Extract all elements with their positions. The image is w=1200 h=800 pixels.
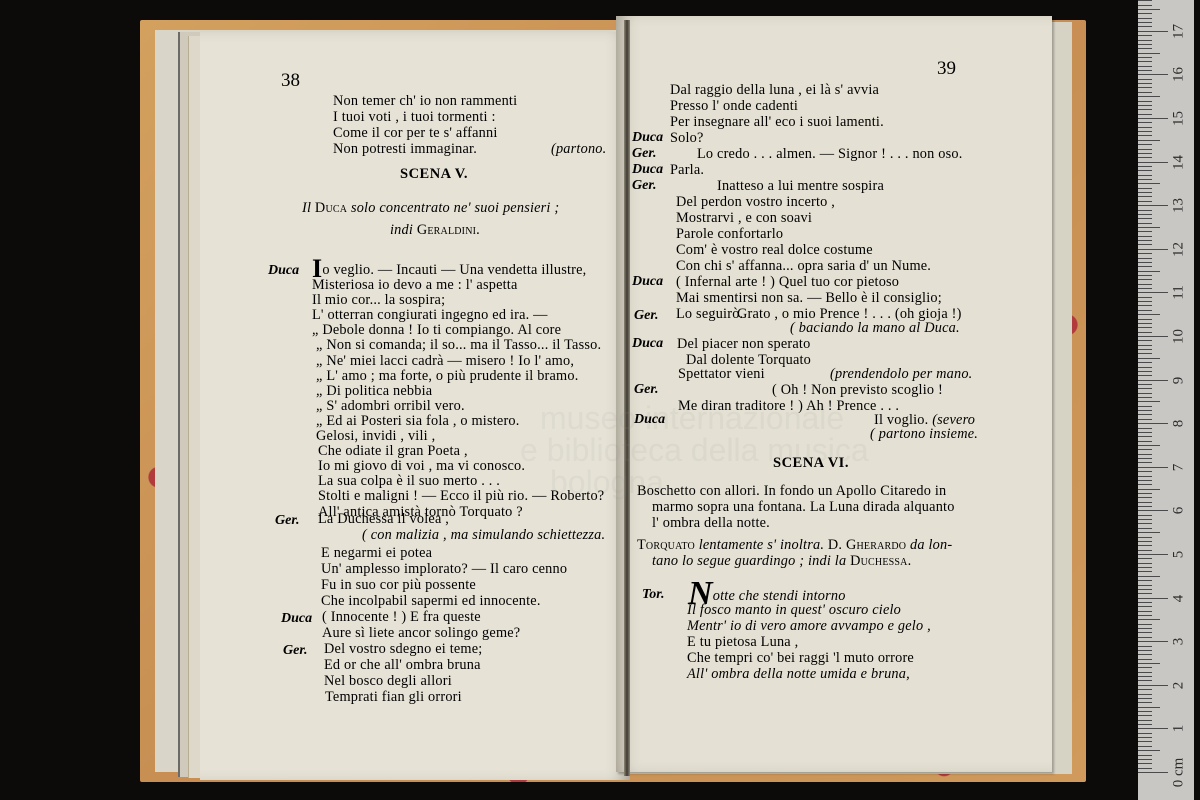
ruler-tick (1138, 650, 1152, 651)
ruler-tick (1138, 632, 1152, 633)
text: solo concentrato ne' suoi pensieri ; (347, 200, 559, 216)
speaker-label: Ger. (634, 382, 659, 398)
verse-line: Com' è vostro real dolce costume (676, 242, 873, 258)
ruler-label: 7 (1171, 452, 1188, 482)
ruler-tick (1138, 728, 1168, 729)
verse-line: Parla. (670, 162, 704, 178)
ruler-label: 10 (1171, 322, 1188, 352)
ruler-label: 0 cm (1171, 758, 1188, 788)
ruler-tick (1138, 284, 1152, 285)
ruler-label: 14 (1171, 147, 1188, 177)
ruler-tick (1138, 227, 1160, 228)
ruler-tick (1138, 628, 1152, 629)
verse-line: „ Non si comanda; il so... ma il Tasso..… (316, 337, 601, 353)
verse-line: Fu in suo cor più possente (321, 577, 476, 593)
verse-line: Del perdon vostro incerto , (676, 194, 835, 210)
verse-line: Il mio cor... la sospira; (312, 292, 445, 308)
ruler-tick (1138, 637, 1152, 638)
ruler-tick (1138, 484, 1152, 485)
ruler-tick (1138, 214, 1152, 215)
ruler-tick (1138, 593, 1152, 594)
verse-line: Spettator vieni (678, 366, 765, 382)
ruler-tick (1138, 493, 1152, 494)
page-number: 38 (281, 70, 300, 92)
speaker-label: Duca (281, 611, 312, 627)
verse-line: Mai smentirsi non sa. — Bello è il consi… (676, 290, 942, 306)
speaker-label: Duca (268, 263, 299, 279)
ruler-tick (1138, 480, 1152, 481)
ruler-tick (1138, 449, 1152, 450)
ruler-tick (1138, 554, 1168, 555)
ruler-tick (1138, 624, 1152, 625)
setting-line: l' ombra della notte. (652, 515, 770, 531)
verse-line: „ Debole donna ! Io ti compiango. Al cor… (312, 322, 561, 338)
ruler-tick (1138, 40, 1152, 41)
verse-line: Come il cor per te s' affanni (333, 125, 498, 141)
stage-direction: (partono. (551, 141, 606, 157)
verse-line: Per insegnare all' eco i suoi lamenti. (670, 114, 884, 130)
ruler-tick (1138, 340, 1152, 341)
ruler-tick (1138, 428, 1152, 429)
ruler-tick (1138, 654, 1152, 655)
ruler-tick (1138, 44, 1152, 45)
ruler-tick (1138, 471, 1152, 472)
verse-line: L' otterran congiurati ingegno ed ira. — (312, 307, 548, 323)
verse-line: La Duchessa il volea , (318, 511, 449, 527)
ruler-tick (1138, 489, 1160, 490)
speaker-label: Duca (632, 274, 663, 290)
ruler-label: 16 (1171, 60, 1188, 90)
ruler-tick (1138, 371, 1152, 372)
ruler-tick (1138, 96, 1160, 97)
character-name: Duca (315, 200, 347, 216)
ruler-tick (1138, 105, 1152, 106)
ruler-tick (1138, 22, 1152, 23)
ruler-tick (1138, 397, 1152, 398)
ruler-tick (1138, 602, 1152, 603)
speaker-label: Duca (634, 412, 665, 428)
ruler-tick (1138, 327, 1152, 328)
verse-line: Misteriosa io devo a me : l' aspetta (312, 277, 518, 293)
scene-heading: SCENA VI. (773, 455, 849, 472)
ruler-tick (1138, 611, 1152, 612)
ruler-tick (1138, 26, 1152, 27)
ruler-tick (1138, 689, 1152, 690)
text: indi (390, 222, 417, 238)
ruler-tick (1138, 223, 1152, 224)
ruler-tick (1138, 362, 1152, 363)
ruler-tick (1138, 410, 1152, 411)
verse-line: Gelosi, invidi , vili , (316, 428, 435, 444)
ruler-tick (1138, 772, 1168, 773)
ruler-tick (1138, 0, 1152, 1)
ruler-tick (1138, 720, 1152, 721)
ruler-label: 13 (1171, 191, 1188, 221)
ruler-tick (1138, 698, 1152, 699)
speaker-label: Tor. (642, 587, 664, 603)
ruler-tick (1138, 685, 1168, 686)
ruler-tick (1138, 275, 1152, 276)
ruler-label: 3 (1171, 627, 1188, 657)
ruler-tick (1138, 175, 1152, 176)
ruler-label: 6 (1171, 496, 1188, 526)
verse-line: Lo seguirò. (676, 306, 743, 322)
ruler-tick (1138, 541, 1152, 542)
ruler-tick (1138, 310, 1152, 311)
ruler-tick (1138, 558, 1152, 559)
ruler-tick (1138, 74, 1168, 75)
ruler-tick (1138, 606, 1152, 607)
ruler-tick (1138, 589, 1152, 590)
text: da lon- (906, 537, 952, 553)
measurement-ruler: 0 cm1234567891011121314151617 (1138, 0, 1194, 800)
ruler-tick (1138, 5, 1152, 6)
ruler-tick (1138, 35, 1152, 36)
ruler-tick (1138, 79, 1152, 80)
ruler-tick (1138, 563, 1152, 564)
ruler-tick (1138, 423, 1168, 424)
scene-description: Il Duca solo concentrato ne' suoi pensie… (302, 200, 559, 216)
verse-line: „ L' amo ; ma forte, o più prudente il b… (316, 368, 579, 384)
ruler-label: 12 (1171, 234, 1188, 264)
ruler-tick (1138, 66, 1152, 67)
ruler-tick (1138, 271, 1160, 272)
stage-direction: ( baciando la mano al Duca. (790, 320, 960, 336)
ruler-tick (1138, 741, 1152, 742)
ruler-tick (1138, 53, 1160, 54)
ruler-tick (1138, 510, 1168, 511)
verse-line: Del piacer non sperato (677, 336, 810, 352)
ruler-tick (1138, 528, 1152, 529)
ruler-tick (1138, 702, 1152, 703)
ruler-label: 2 (1171, 670, 1188, 700)
verse-line: All' ombra della notte umida e bruna, (687, 666, 910, 682)
verse-line: I tuoi voti , i tuoi tormenti : (333, 109, 496, 125)
ruler-tick (1138, 663, 1160, 664)
ruler-tick (1138, 140, 1160, 141)
speaker-label: Ger. (632, 178, 657, 194)
ruler-tick (1138, 576, 1160, 577)
ruler-tick (1138, 676, 1152, 677)
ruler-tick (1138, 57, 1152, 58)
speaker-label: Ger. (632, 146, 657, 162)
ruler-tick (1138, 92, 1152, 93)
ruler-tick (1138, 432, 1152, 433)
character-name: Duchessa. (850, 553, 911, 569)
verse-line: Presso l' onde cadenti (670, 98, 798, 114)
ruler-tick (1138, 619, 1160, 620)
ruler-tick (1138, 401, 1160, 402)
speaker-label: Duca (632, 162, 663, 178)
ruler-tick (1138, 122, 1152, 123)
text: tano lo segue guardingo ; indi la (652, 553, 850, 569)
ruler-tick (1138, 711, 1152, 712)
ruler-tick (1138, 188, 1152, 189)
ruler-tick (1138, 746, 1152, 747)
ruler-tick (1138, 733, 1152, 734)
ruler-tick (1138, 157, 1152, 158)
ruler-tick (1138, 667, 1152, 668)
verse-line: ( Oh ! Non previsto scoglio ! (772, 382, 943, 398)
verse-line: Io veglio. — Incauti — Una vendetta illu… (312, 261, 586, 278)
ruler-tick (1138, 166, 1152, 167)
ruler-tick (1138, 332, 1152, 333)
ruler-tick (1138, 388, 1152, 389)
verse-line: Nel bosco degli allori (324, 673, 452, 689)
ruler-tick (1138, 118, 1168, 119)
ruler-tick (1138, 646, 1152, 647)
speaker-label: Duca (632, 336, 663, 352)
ruler-tick (1138, 83, 1152, 84)
ruler-tick (1138, 144, 1152, 145)
verse-line: E tu pietosa Luna , (687, 634, 798, 650)
ruler-tick (1138, 545, 1152, 546)
ruler-tick (1138, 476, 1152, 477)
speaker-label: Ger. (283, 643, 308, 659)
verse-line: „ Ed ai Posteri sia fola , o mistero. (316, 413, 520, 429)
speaker-label: Ger. (275, 513, 300, 529)
ruler-tick (1138, 109, 1152, 110)
stage-direction: (prendendolo per mano. (830, 366, 972, 382)
ruler-tick (1138, 615, 1152, 616)
ruler-tick (1138, 445, 1160, 446)
ruler-tick (1138, 162, 1168, 163)
verse-line: Che tempri co' bei raggi 'l muto orrore (687, 650, 914, 666)
verse-line: Il fosco manto in quest' oscuro cielo (687, 602, 901, 618)
ruler-tick (1138, 297, 1152, 298)
text: o veglio. — Incauti — Una vendetta illus… (322, 262, 586, 278)
ruler-tick (1138, 192, 1152, 193)
ruler-tick (1138, 375, 1152, 376)
verse-line: Me diran traditore ! ) Ah ! Prence . . . (678, 398, 899, 414)
ruler-label: 11 (1171, 278, 1188, 308)
ruler-tick (1138, 262, 1152, 263)
ruler-tick (1138, 336, 1168, 337)
ruler-tick (1138, 515, 1152, 516)
ruler-tick (1138, 755, 1152, 756)
verse-line: Un' amplesso implorato? — Il caro cenno (321, 561, 567, 577)
verse-line: Parole confortarlo (676, 226, 783, 242)
ruler-tick (1138, 101, 1152, 102)
ruler-tick (1138, 9, 1160, 10)
speaker-label: Duca (632, 130, 663, 146)
ruler-tick (1138, 231, 1152, 232)
book-gutter (624, 20, 630, 776)
ruler-label: 9 (1171, 365, 1188, 395)
verse-line: Ed or che all' ombra bruna (324, 657, 481, 673)
ruler-tick (1138, 750, 1160, 751)
ruler-tick (1138, 13, 1152, 14)
verse-line: Mostrarvi , e con soavi (676, 210, 812, 226)
verse-line: „ S' adombri orribil vero. (316, 398, 465, 414)
ruler-tick (1138, 763, 1152, 764)
text: D. (824, 537, 846, 553)
ruler-tick (1138, 467, 1168, 468)
stage-direction: ( partono insieme. (870, 426, 978, 442)
speaker-label: Ger. (634, 308, 659, 324)
ruler-tick (1138, 48, 1152, 49)
ruler-tick (1138, 672, 1152, 673)
ruler-tick (1138, 567, 1152, 568)
ruler-tick (1138, 502, 1152, 503)
ruler-tick (1138, 240, 1152, 241)
ruler-tick (1138, 127, 1152, 128)
entrance-direction: Torquato lentamente s' inoltra. D. Ghera… (637, 537, 952, 553)
ruler-tick (1138, 707, 1160, 708)
verse-line: „ Ne' miei lacci cadrà — misero ! Io l' … (316, 353, 574, 369)
character-name: Geraldini. (417, 222, 480, 238)
verse-line: Stolti e maligni ! — Ecco il più rio. — … (318, 488, 604, 504)
ruler-tick (1138, 349, 1152, 350)
page-number: 39 (937, 58, 956, 80)
verse-line: ( Innocente ! ) E fra queste (322, 609, 481, 625)
ruler-tick (1138, 288, 1152, 289)
verse-line: Con chi s' affanna... opra saria d' un N… (676, 258, 931, 274)
ruler-tick (1138, 737, 1152, 738)
verse-line: Del vostro sdegno ei teme; (324, 641, 482, 657)
verse-line: Solo? (670, 130, 704, 146)
ruler-tick (1138, 384, 1152, 385)
ruler-tick (1138, 345, 1152, 346)
ruler-tick (1138, 236, 1152, 237)
ruler-tick (1138, 153, 1152, 154)
ruler-tick (1138, 441, 1152, 442)
ruler-tick (1138, 170, 1152, 171)
ruler-tick (1138, 135, 1152, 136)
ruler-tick (1138, 201, 1152, 202)
ruler-tick (1138, 31, 1168, 32)
scene-description: indi Geraldini. (390, 222, 480, 238)
verse-line: Non temer ch' io non rammenti (333, 93, 517, 109)
ruler-tick (1138, 131, 1152, 132)
ruler-tick (1138, 768, 1152, 769)
ruler-tick (1138, 249, 1168, 250)
verse-line: Temprati fian gli orrori (325, 689, 462, 705)
ruler-tick (1138, 458, 1152, 459)
ruler-tick (1138, 292, 1168, 293)
verse-line: Inatteso a lui mentre sospira (717, 178, 884, 194)
ruler-tick (1138, 393, 1152, 394)
ruler-tick (1138, 519, 1152, 520)
ruler-tick (1138, 759, 1152, 760)
verse-line: La sua colpa è il suo merto . . . (318, 473, 500, 489)
ruler-tick (1138, 694, 1152, 695)
verse-line: Mentr' io di vero amore avvampo e gelo , (687, 618, 931, 634)
ruler-tick (1138, 196, 1152, 197)
verse-line: Dal raggio della luna , ei là s' avvia (670, 82, 879, 98)
ruler-tick (1138, 550, 1152, 551)
stage-direction: ( con malizia , ma simulando schiettezza… (362, 527, 605, 543)
entrance-direction: tano lo segue guardingo ; indi la Duches… (652, 553, 911, 569)
verse-line: Che incolpabil sapermi ed innocente. (321, 593, 541, 609)
setting-line: Boschetto con allori. In fondo un Apollo… (637, 483, 946, 499)
verse-line: Aure sì liete ancor solingo geme? (322, 625, 520, 641)
ruler-label: 17 (1171, 16, 1188, 46)
ruler-tick (1138, 244, 1152, 245)
ruler-tick (1138, 571, 1152, 572)
ruler-label: 4 (1171, 583, 1188, 613)
ruler-tick (1138, 680, 1152, 681)
ruler-label: 1 (1171, 714, 1188, 744)
ruler-tick (1138, 218, 1152, 219)
ruler-tick (1138, 301, 1152, 302)
ruler-label: 5 (1171, 540, 1188, 570)
setting-line: marmo sopra una fontana. La Luna dirada … (652, 499, 955, 515)
ruler-tick (1138, 305, 1152, 306)
ruler-tick (1138, 149, 1152, 150)
verse-line: ( Infernal arte ! ) Quel tuo cor pietoso (676, 274, 899, 290)
ruler-tick (1138, 715, 1152, 716)
ruler-tick (1138, 70, 1152, 71)
ruler-tick (1138, 319, 1152, 320)
ruler-tick (1138, 523, 1152, 524)
ruler-tick (1138, 454, 1152, 455)
ruler-tick (1138, 279, 1152, 280)
text: Il (302, 200, 315, 216)
ruler-tick (1138, 506, 1152, 507)
ruler-tick (1138, 580, 1152, 581)
ruler-tick (1138, 598, 1168, 599)
ruler-tick (1138, 210, 1152, 211)
ruler-label: 8 (1171, 409, 1188, 439)
ruler-label: 15 (1171, 104, 1188, 134)
ruler-tick (1138, 462, 1152, 463)
ruler-tick (1138, 414, 1152, 415)
ruler-tick (1138, 183, 1160, 184)
ruler-tick (1138, 253, 1152, 254)
ruler-tick (1138, 380, 1168, 381)
verse-line: Non potresti immaginar. (333, 141, 477, 157)
ruler-tick (1138, 258, 1152, 259)
ruler-tick (1138, 353, 1152, 354)
ruler-tick (1138, 419, 1152, 420)
ruler-tick (1138, 179, 1152, 180)
ruler-tick (1138, 61, 1152, 62)
ruler-tick (1138, 205, 1168, 206)
ruler-tick (1138, 532, 1160, 533)
ruler-tick (1138, 497, 1152, 498)
ruler-tick (1138, 436, 1152, 437)
ruler-tick (1138, 114, 1152, 115)
ruler-tick (1138, 358, 1160, 359)
verse-line: Lo credo . . . almen. — Signor ! . . . n… (697, 146, 963, 162)
ruler-tick (1138, 406, 1152, 407)
scene-heading: SCENA V. (400, 166, 468, 183)
text: lentamente s' inoltra. (695, 537, 824, 553)
verse-line: Io mi giovo di voi , ma vi conosco. (318, 458, 525, 474)
character-name: Gherardo (846, 537, 906, 553)
ruler-tick (1138, 585, 1152, 586)
ruler-tick (1138, 724, 1152, 725)
character-name: Torquato (637, 537, 695, 553)
ruler-tick (1138, 323, 1152, 324)
ruler-tick (1138, 266, 1152, 267)
ruler-tick (1138, 659, 1152, 660)
verse-line: „ Di politica nebbia (316, 383, 432, 399)
ruler-tick (1138, 87, 1152, 88)
ruler-tick (1138, 18, 1152, 19)
ruler-tick (1138, 641, 1168, 642)
verse-line: Che odiate il gran Poeta , (318, 443, 468, 459)
ruler-tick (1138, 367, 1152, 368)
verse-line: E negarmi ei potea (321, 545, 432, 561)
ruler-tick (1138, 314, 1160, 315)
ruler-tick (1138, 537, 1152, 538)
